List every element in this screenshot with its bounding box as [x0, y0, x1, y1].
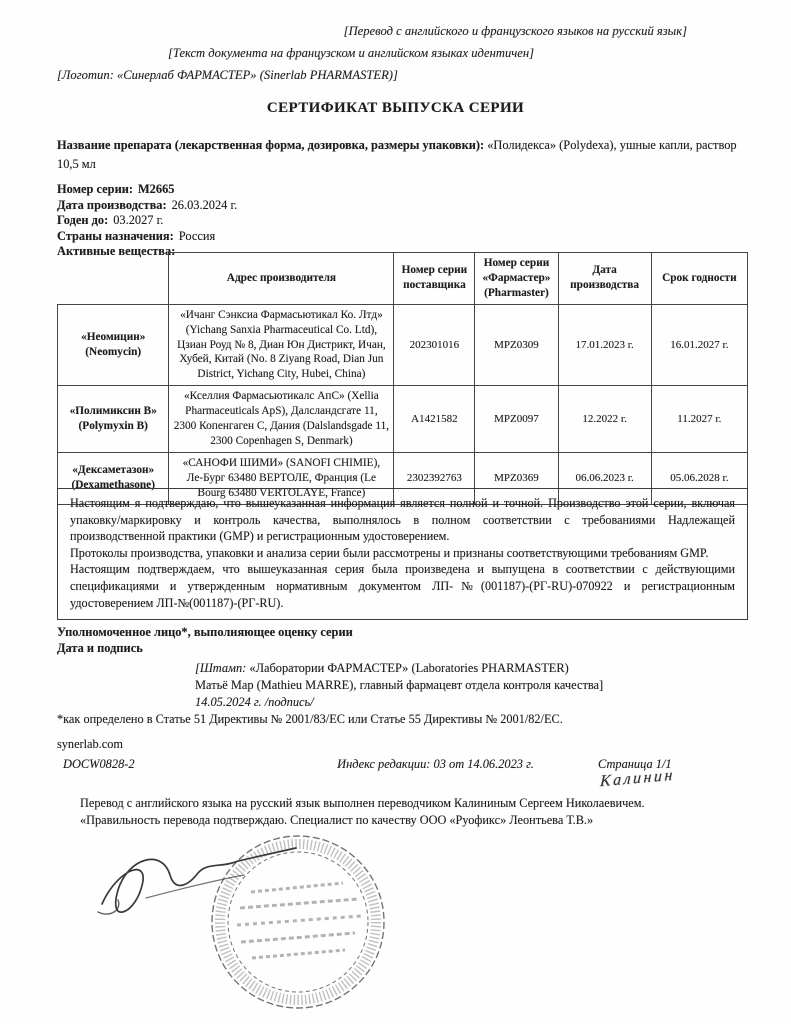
declaration-paragraph-1: Настоящим я подтверждаю, что вышеуказанн… — [70, 495, 735, 545]
document-identity-note: [Текст документа на французском и англий… — [168, 46, 534, 61]
document-code: DOCW0828-2 — [57, 757, 293, 772]
substance-cell: «Полимиксин В» (Polymyxin B) — [58, 386, 169, 453]
stamp-line-2: Матьё Мар (Mathieu MARRE), главный фарма… — [195, 677, 757, 694]
expiry-date-cell: 16.01.2027 г. — [651, 304, 747, 386]
authorized-person-line: Уполномоченное лицо*, выполняющее оценку… — [57, 624, 757, 640]
declaration-box: Настоящим я подтверждаю, что вышеуказанн… — [57, 488, 748, 620]
batch-number-value: M2665 — [138, 182, 174, 196]
address-cell: «Кселлия Фармасьютикалс АпС» (Xellia Pha… — [169, 386, 394, 453]
stamp-org: «Лаборатории ФАРМАСТЕР» (Laboratories PH… — [249, 661, 568, 675]
product-name-label: Название препарата (лекарственная форма,… — [57, 138, 484, 152]
stamp-line-3: 14.05.2024 г. /подпись/ — [195, 694, 757, 711]
authorized-person-section: Уполномоченное лицо*, выполняющее оценку… — [57, 624, 757, 711]
translation-note: [Перевод с английского и французского яз… — [0, 24, 687, 39]
header-substance — [58, 253, 169, 305]
header-production-date: Дата производства — [558, 253, 651, 305]
stamp-text-block: [Штамп: «Лаборатории ФАРМАСТЕР» (Laborat… — [195, 660, 757, 711]
header-pharmaster-batch: Номер серии «Фармастер» (Pharmaster) — [475, 253, 558, 305]
supplier-batch-cell: A1421582 — [394, 386, 475, 453]
table-header-row: Адрес производителя Номер серии поставщи… — [58, 253, 748, 305]
batch-number-label: Номер серии: — [57, 182, 133, 196]
product-name-paragraph: Название препарата (лекарственная форма,… — [57, 136, 757, 173]
date-signature-line: Дата и подпись — [57, 640, 757, 656]
pharmaster-batch-cell: MPZ0309 — [475, 304, 558, 386]
translator-block: Перевод с английского языка на русский я… — [80, 795, 740, 829]
substance-name-en: (Neomycin) — [62, 345, 164, 360]
expiry-date-cell: 11.2027 г. — [651, 386, 747, 453]
translator-line-1: Перевод с английского языка на русский я… — [80, 795, 740, 812]
supplier-batch-cell: 202301016 — [394, 304, 475, 386]
production-date-label: Дата производства: — [57, 198, 167, 212]
substance-name-ru: «Полимиксин В» — [62, 404, 164, 419]
round-stamp-and-signature — [88, 826, 418, 1022]
substance-name-ru: «Дексаметазон» — [62, 463, 164, 478]
website-text: synerlab.com — [57, 737, 123, 752]
revision-index: Индекс редакции: 03 от 14.06.2023 г. — [293, 757, 578, 772]
declaration-paragraph-3: Настоящим подтверждаем, что вышеуказанна… — [70, 561, 735, 611]
active-substances-table: Адрес производителя Номер серии поставщи… — [57, 252, 748, 505]
expiry-date-label: Годен до: — [57, 213, 108, 227]
table-row-polymyxin: «Полимиксин В» (Polymyxin B) «Кселлия Фа… — [58, 386, 748, 453]
production-date-cell: 17.01.2023 г. — [558, 304, 651, 386]
page-title: СЕРТИФИКАТ ВЫПУСКА СЕРИИ — [0, 100, 791, 117]
address-cell: «Ичанг Сэнксиа Фармасьютикал Ко. Лтд» (Y… — [169, 304, 394, 386]
pen-signature-icon — [98, 848, 296, 914]
logo-note: [Логотип: «Синерлаб ФАРМАСТЕР» (Sinerlab… — [57, 68, 398, 83]
pharmaster-batch-cell: MPZ0097 — [475, 386, 558, 453]
batch-details: Номер серии:M2665 Дата производства:26.0… — [57, 182, 237, 260]
destination-countries-value: Россия — [179, 229, 215, 243]
stamp-line-1: [Штамп: «Лаборатории ФАРМАСТЕР» (Laborat… — [195, 660, 757, 677]
declaration-paragraph-2: Протоколы производства, упаковки и анали… — [70, 545, 735, 562]
expiry-date-value: 03.2027 г. — [113, 213, 163, 227]
stamp-prefix: [Штамп: — [195, 661, 246, 675]
substance-name-en: (Polymyxin B) — [62, 419, 164, 434]
production-date-line: Дата производства:26.03.2024 г. — [57, 198, 237, 214]
directive-footnote: *как определено в Статье 51 Директивы № … — [57, 712, 563, 727]
header-manufacturer-address: Адрес производителя — [169, 253, 394, 305]
header-expiry: Срок годности — [651, 253, 747, 305]
destination-countries-line: Страны назначения:Россия — [57, 229, 237, 245]
table-row-neomycin: «Неомицин» (Neomycin) «Ичанг Сэнксиа Фар… — [58, 304, 748, 386]
destination-countries-label: Страны назначения: — [57, 229, 174, 243]
batch-number-line: Номер серии:M2665 — [57, 182, 237, 198]
production-date-cell: 12.2022 г. — [558, 386, 651, 453]
substance-name-ru: «Неомицин» — [62, 330, 164, 345]
header-supplier-batch: Номер серии поставщика — [394, 253, 475, 305]
expiry-date-line: Годен до:03.2027 г. — [57, 213, 237, 229]
production-date-value: 26.03.2024 г. — [172, 198, 238, 212]
substance-cell: «Неомицин» (Neomycin) — [58, 304, 169, 386]
